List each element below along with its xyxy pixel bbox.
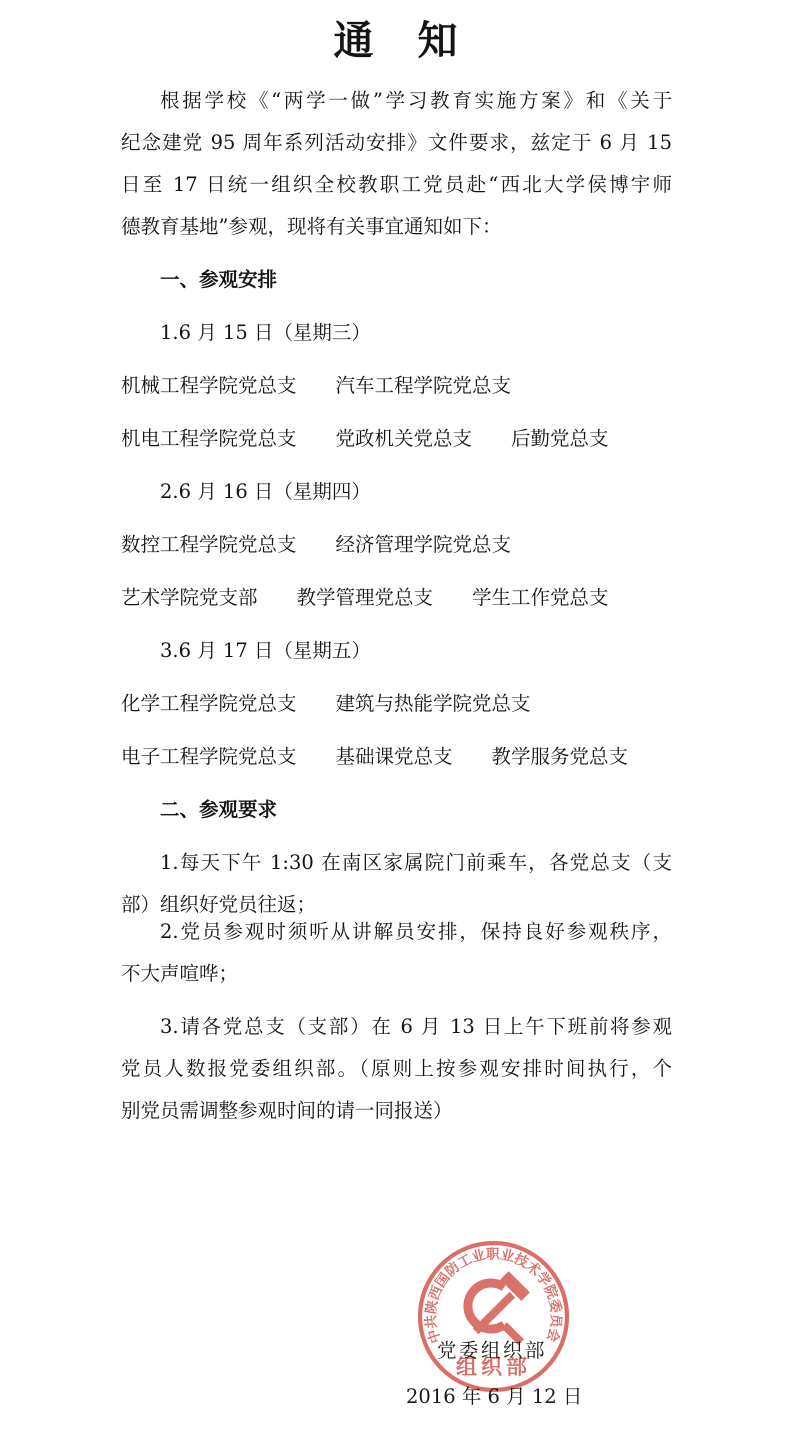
body-line: 2.党员参观时须听从讲解员安排，保持良好参观秩序， xyxy=(121,911,672,953)
body-line: 化学工程学院党总支 建筑与热能学院党总支 xyxy=(121,683,672,725)
body-line: 3.6 月 17 日（星期五） xyxy=(121,630,672,672)
body-line: 纪念建党 95 周年系列活动安排》文件要求，兹定于 6 月 15 xyxy=(121,122,672,164)
body-line: 机械工程学院党总支 汽车工程学院党总支 xyxy=(121,365,672,407)
body-line: 1.6 月 15 日（星期三） xyxy=(121,312,672,354)
notice-document: 通 知 根据学校《“两学一做”学习教育实施方案》和《关于纪念建党 95 周年系列… xyxy=(0,0,793,1434)
body-line: 日至 17 日统一组织全校教职工党员赴“西北大学侯博宇师 xyxy=(121,164,672,206)
body-line: 党员人数报党委组织部。（原则上按参观安排时间执行，个 xyxy=(121,1048,672,1090)
official-seal: 中共陕西国防工业职业技术学院委员会 组织部 xyxy=(415,1238,572,1395)
hammer-sickle-icon xyxy=(468,1271,530,1345)
body-line: 数控工程学院党总支 经济管理学院党总支 xyxy=(121,524,672,566)
body-line: 电子工程学院党总支 基础课党总支 教学服务党总支 xyxy=(121,736,672,778)
body-line: 根据学校《“两学一做”学习教育实施方案》和《关于 xyxy=(121,80,672,122)
body-line: 3.请各党总支（支部）在 6 月 13 日上午下班前将参观 xyxy=(121,1006,672,1048)
body-line: 德教育基地”参观，现将有关事宜通知如下： xyxy=(121,206,672,248)
body-line: 别党员需调整参观时间的请一同报送） xyxy=(121,1090,672,1132)
notice-body: 根据学校《“两学一做”学习教育实施方案》和《关于纪念建党 95 周年系列活动安排… xyxy=(0,80,793,1132)
signature-date: 2016 年 6 月 12 日 xyxy=(406,1384,582,1410)
signature-department: 党委组织部 xyxy=(437,1338,547,1364)
notice-title: 通 知 xyxy=(0,0,793,70)
body-line: 不大声喧哗； xyxy=(121,953,672,995)
body-line: 机电工程学院党总支 党政机关党总支 后勤党总支 xyxy=(121,418,672,460)
body-line: 1.每天下午 1:30 在南区家属院门前乘车，各党总支（支 xyxy=(121,842,672,884)
body-line: 一、参观安排 xyxy=(121,259,672,301)
body-line: 2.6 月 16 日（星期四） xyxy=(121,471,672,513)
body-line: 艺术学院党支部 教学管理党总支 学生工作党总支 xyxy=(121,577,672,619)
body-line: 二、参观要求 xyxy=(121,789,672,831)
